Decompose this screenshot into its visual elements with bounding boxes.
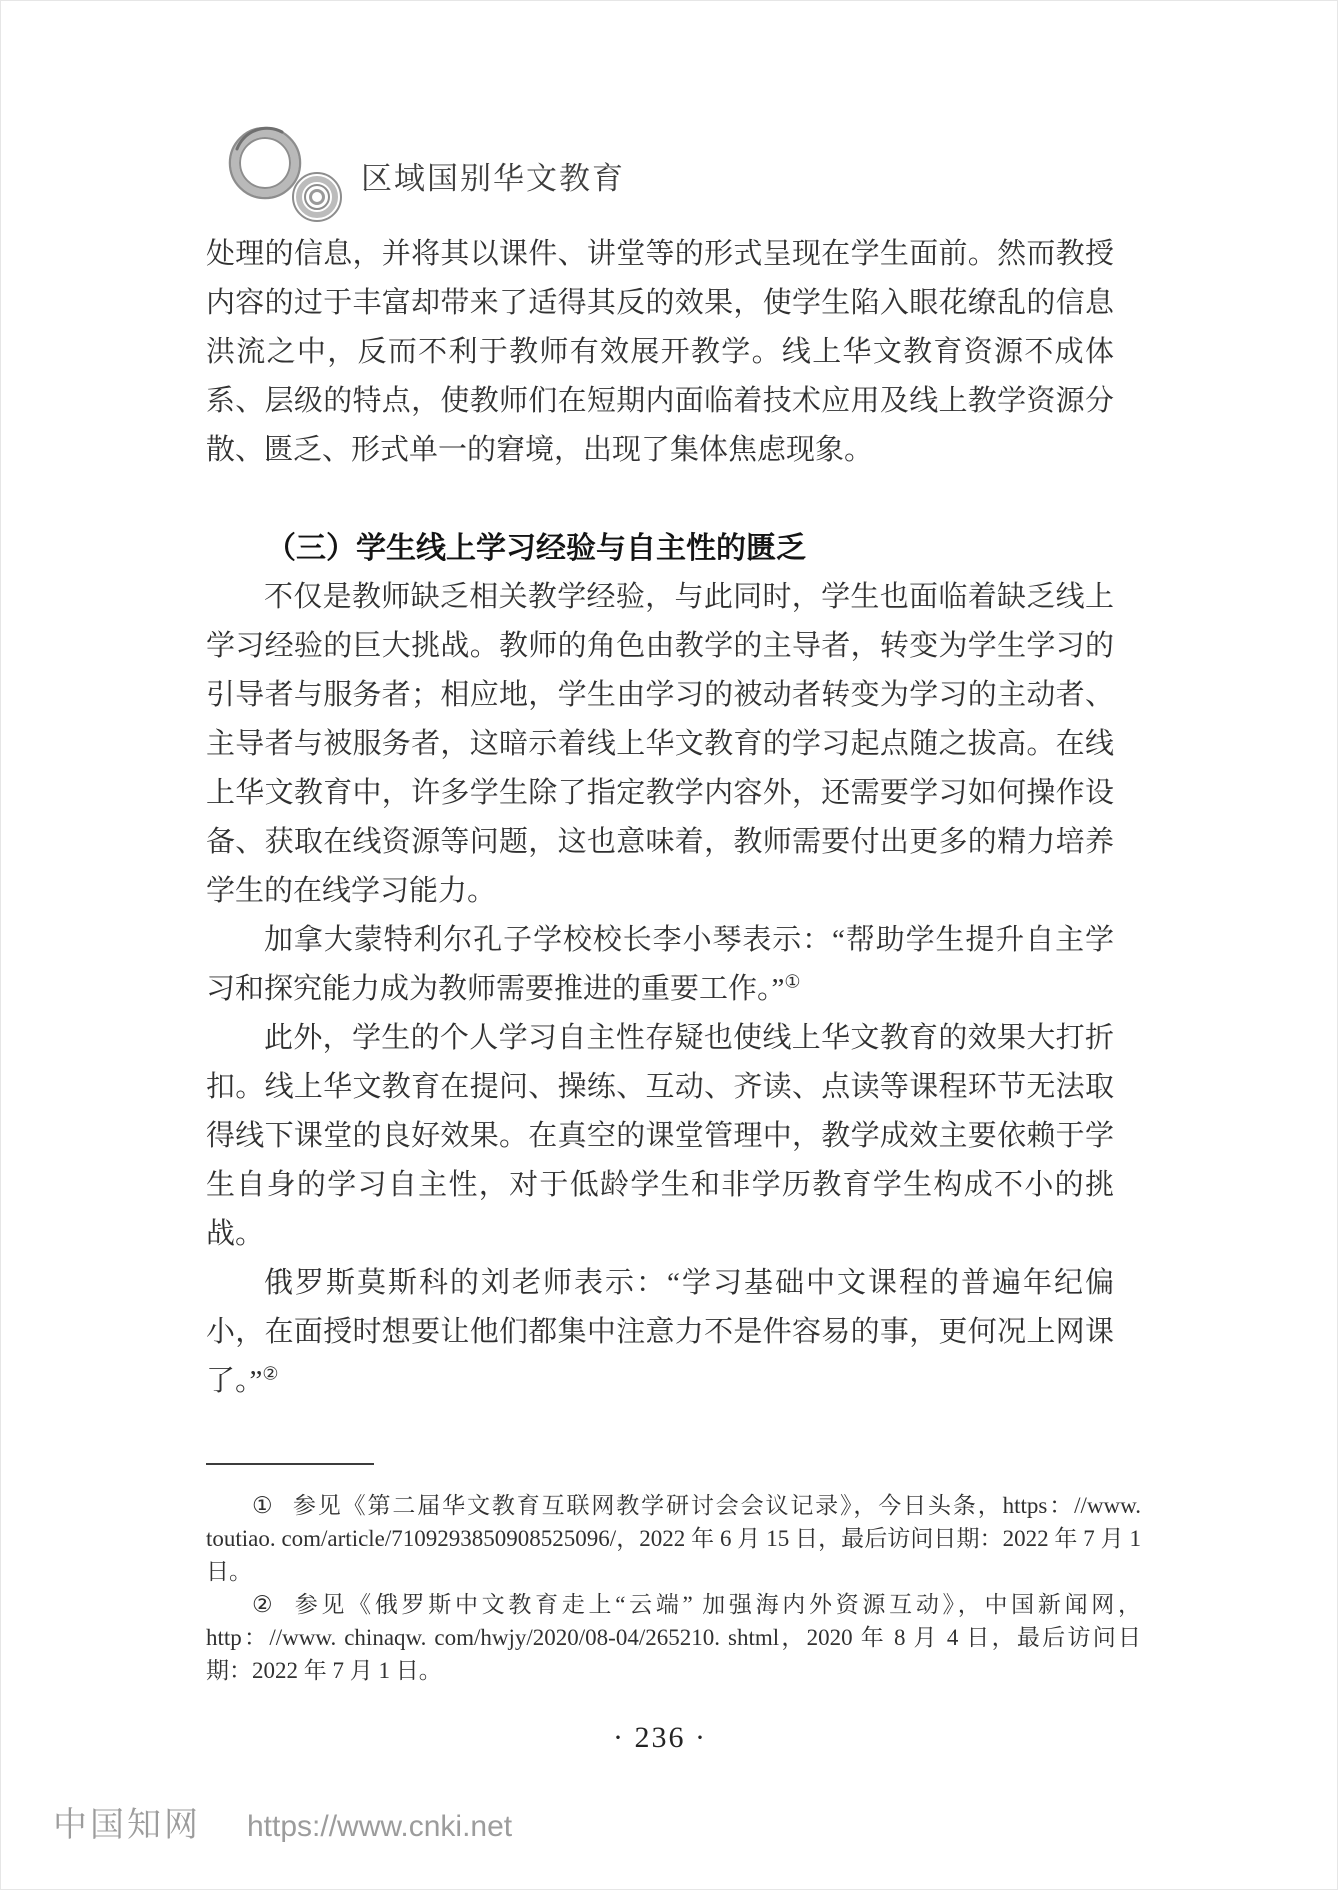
footnote-1-marker: ①: [252, 1493, 275, 1518]
paragraph-text: 俄罗斯莫斯科的刘老师表示：“学习基础中文课程的普遍年纪偏小，在面授时想要让他们都…: [206, 1267, 1114, 1397]
cnki-watermark: 中国知网 https://www.cnki.net: [53, 1797, 512, 1846]
page-header: 区域国别华文教育: [227, 123, 625, 227]
footnote-ref-1: ①: [784, 971, 800, 991]
cnki-url: https://www.cnki.net: [247, 1810, 512, 1844]
paragraph-text: 加拿大蒙特利尔孔子学校校长李小琴表示：“帮助学生提升自主学习和探究能力成为教师需…: [206, 924, 1114, 1005]
paragraph-with-quote: 俄罗斯莫斯科的刘老师表示：“学习基础中文课程的普遍年纪偏小，在面授时想要让他们都…: [206, 1259, 1114, 1406]
paragraph-with-quote: 加拿大蒙特利尔孔子学校校长李小琴表示：“帮助学生提升自主学习和探究能力成为教师需…: [206, 916, 1114, 1014]
footnote-ref-2: ②: [262, 1363, 278, 1383]
footnote-2: ②参见《俄罗斯中文教育走上“云端” 加强海内外资源互动》，中国新闻网，http：…: [206, 1588, 1141, 1687]
footnote-1: ①参见《第二届华文教育互联网教学研讨会会议记录》，今日头条，https：//ww…: [206, 1489, 1141, 1588]
footnote-2-text: 参见《俄罗斯中文教育走上“云端” 加强海内外资源互动》，中国新闻网，http：/…: [206, 1592, 1141, 1683]
footnote-divider: [206, 1463, 374, 1465]
page-body: 处理的信息，并将其以课件、讲堂等的形式呈现在学生面前。然而教授内容的过于丰富却带…: [206, 230, 1114, 1406]
paragraph-continuation: 处理的信息，并将其以课件、讲堂等的形式呈现在学生面前。然而教授内容的过于丰富却带…: [206, 230, 1114, 475]
paragraph: 此外，学生的个人学习自主性存疑也使线上华文教育的效果大打折扣。线上华文教育在提问…: [206, 1014, 1114, 1259]
footnote-1-text: 参见《第二届华文教育互联网教学研讨会会议记录》，今日头条，https：//www…: [206, 1493, 1141, 1584]
section-heading: （三）学生线上学习经验与自主性的匮乏: [206, 524, 1114, 573]
footnote-2-marker: ②: [252, 1592, 276, 1617]
footnotes-section: ①参见《第二届华文教育互联网教学研讨会会议记录》，今日头条，https：//ww…: [206, 1489, 1141, 1687]
page-number: · 236 ·: [206, 1721, 1114, 1755]
series-title: 区域国别华文教育: [361, 153, 625, 198]
paragraph: 不仅是教师缺乏相关教学经验，与此同时，学生也面临着缺乏线上学习经验的巨大挑战。教…: [206, 573, 1114, 916]
cnki-site-name: 中国知网: [53, 1797, 201, 1846]
rings-logo-icon: [227, 124, 345, 226]
book-page: 区域国别华文教育 处理的信息，并将其以课件、讲堂等的形式呈现在学生面前。然而教授…: [0, 0, 1338, 1890]
